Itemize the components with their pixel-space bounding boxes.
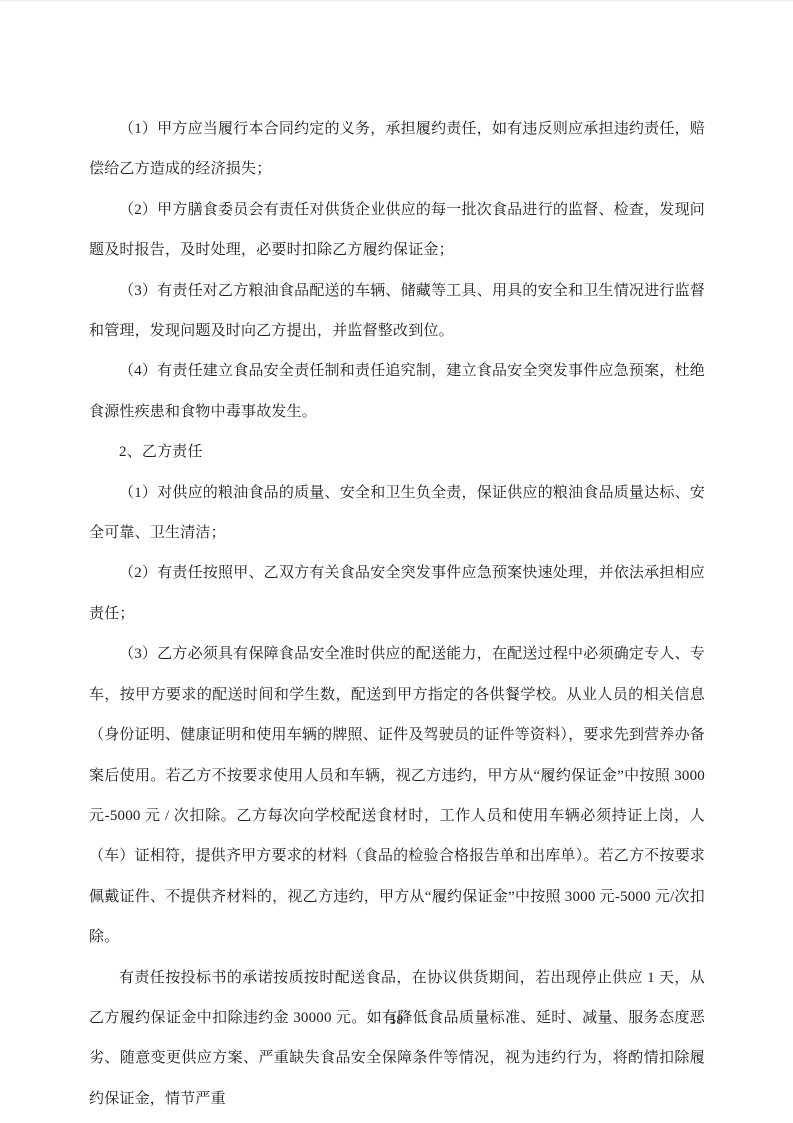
document-page: （1）甲方应当履行本合同约定的义务，承担履约责任，如有违反则应承担违约责任，赔偿… xyxy=(0,0,793,1123)
clause-paragraph: （3）乙方必须具有保障食品安全准时供应的配送能力，在配送过程中必须确定专人、专车… xyxy=(89,634,705,957)
clause-paragraph: （2）甲方膳食委员会有责任对供货企业供应的每一批次食品进行的监督、检查，发现问题… xyxy=(89,190,705,271)
clause-paragraph: （2）有责任按照甲、乙双方有关食品安全突发事件应急预案快速处理，并依法承担相应责… xyxy=(89,553,705,634)
clause-paragraph: （1）甲方应当履行本合同约定的义务，承担履约责任，如有违反则应承担违约责任，赔偿… xyxy=(89,109,705,190)
clause-paragraph: （4）有责任建立食品安全责任制和责任追究制，建立食品安全突发事件应急预案，杜绝食… xyxy=(89,351,705,432)
clause-paragraph: （3）有责任对乙方粮油食品配送的车辆、储藏等工具、用具的安全和卫生情况进行监督和… xyxy=(89,271,705,352)
clause-paragraph: 有责任按投标书的承诺按质按时配送食品，在协议供货期间，若出现停止供应 1 天，从… xyxy=(89,958,705,1120)
section-heading: 2、乙方责任 xyxy=(89,432,705,472)
contract-body-text: （1）甲方应当履行本合同约定的义务，承担履约责任，如有违反则应承担违约责任，赔偿… xyxy=(89,109,705,1119)
page-number: 58 xyxy=(0,1013,793,1028)
clause-paragraph: （1）对供应的粮油食品的质量、安全和卫生负全责，保证供应的粮油食品质量达标、安全… xyxy=(89,473,705,554)
